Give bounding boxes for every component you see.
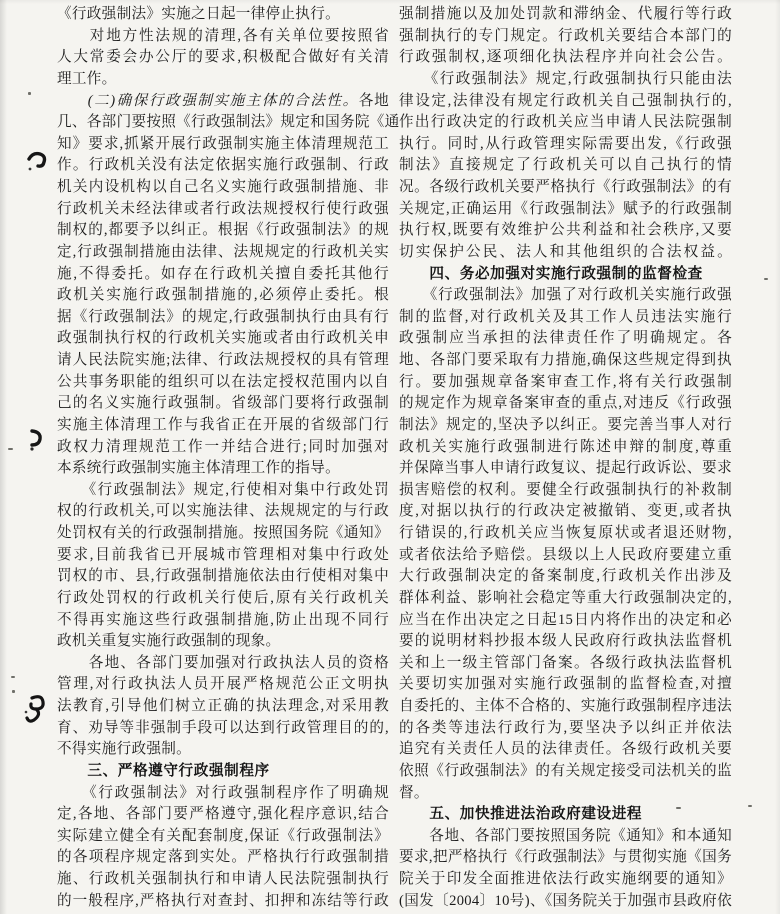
text-line: 《行政强制法》实施之日起一律停止执行。 [57, 4, 389, 26]
text-line: 理工作。 [57, 69, 389, 91]
kai-emphasis-text: (二)确保行政强制实施主体的合法性。 [88, 93, 359, 109]
text-line: 追究有关责任人员的法律责任。各级行政机关要 [399, 739, 732, 761]
text-line: 据《行政强制法》的规定,行政强制执行由具有行 [57, 307, 389, 329]
text-line: 《行政强制法》规定,行政强制执行只能由法 [399, 69, 732, 91]
text-line: 作。行政机关没有法定依据实施行政强制、行政 [57, 155, 389, 177]
text-line: 实施主体清理工作与我省正在开展的省级部门行 [57, 415, 389, 437]
ink-mark-icon [22, 692, 50, 726]
scanned-document-page: 《行政强制法》实施之日起一律停止执行。 对地方性法规的清理,各有关单位要按照省人… [0, 0, 780, 914]
text-line: 切实保护公民、法人和其他组织的合法权益。 [399, 242, 732, 264]
text-line: 的各类等违法行政行为,要坚决予以纠正并依法 [399, 718, 732, 740]
text-line: 制权的,都要予以纠正。根据《行政强制法》的规 [57, 220, 389, 242]
ink-mark-icon [26, 428, 48, 454]
text-line: 管理,对行政执法人员开展严格规范公正文明执 [57, 674, 389, 696]
text-line: 应当在作出决定之日起15日内将作出的决定和必 [399, 610, 732, 632]
text-line: 执行权,既要有效维护公共利益和社会秩序,又要 [399, 220, 732, 242]
text-line: 度,对据以执行的行政决定被撤销、变更,或者执 [399, 501, 732, 523]
text-line: 《行政强制法》对行政强制程序作了明确规 [57, 783, 389, 805]
scan-speck [28, 92, 31, 95]
text-line: 施、行政机关强制执行和申请人民法院强制执行 [57, 869, 389, 891]
text-line: 院关于印发全面推进依法行政实施纲要的通知》 [399, 869, 732, 891]
text-line: 定,各地、各部门要严格遵守,强化程序意识,结合 [57, 804, 389, 826]
text-line: 制法》直接规定了行政机关可以自己执行的情 [399, 155, 732, 177]
text-line: 行。要加强规章备案审查工作,将有关行政强制 [399, 372, 732, 394]
text-line: 行错误的,行政机关应当恢复原状或者退还财物, [399, 523, 732, 545]
text-line: (国发〔2004〕10号)、《国务院关于加强市县政府依 [399, 891, 732, 913]
text-line: 实际建立健全有关配套制度,保证《行政强制法》 [57, 826, 389, 848]
text-line: 政强制应当承担的法律责任作了明确规定。各 [399, 328, 732, 350]
text-line: 况。各级行政机关要严格执行《行政强制法》的有 [399, 177, 732, 199]
text-line: 要求,目前我省已开展城市管理相对集中行政处 [57, 545, 389, 567]
text-line: 的一般程序,严格执行对查封、扣押和冻结等行政 [57, 891, 389, 913]
text-line: 人大常委会办公厅的要求,积极配合做好有关清 [57, 47, 389, 69]
text-line: 不得再实施这些行政强制措施,防止出现不同行 [57, 610, 389, 632]
text-line: 作出行政决定的行政机关应当申请人民法院强制 [399, 112, 732, 134]
scan-speck [764, 278, 768, 280]
text-line: 地、各部门要采取有力措施,确保这些规定得到执 [399, 350, 732, 372]
text-line: 损害赔偿的权利。要健全行政强制执行的补救制 [399, 480, 732, 502]
scan-speck [8, 448, 13, 450]
text-line: 罚权的市、县,行政强制措施依法由行使相对集中 [57, 566, 389, 588]
section-heading: 三、严格遵守行政强制程序 [57, 761, 389, 783]
section-heading: 五、加快推进法治政府建设进程 [399, 804, 732, 826]
text-line: 制的监督,对行政机关及其工作人员违法实施行 [399, 307, 732, 329]
text-line: 公共事务职能的组织可以在法定授权范围内以自 [57, 372, 389, 394]
text-line: 不得实施行政强制。 [57, 739, 389, 761]
text-line: 本系统行政强制实施主体清理工作的指导。 [57, 458, 389, 480]
text-line: 关和上一级主管部门备案。各级行政执法监督机 [399, 653, 732, 675]
text-line: 《行政强制法》加强了对行政机关实施行政强 [399, 285, 732, 307]
text-line: 施,不得委托。如存在行政机关擅自委托其他行 [57, 264, 389, 286]
text-line: 大行政强制决定的备案制度,行政机关作出涉及 [399, 566, 732, 588]
text-line: 行政强制权,逐项细化执法程序并向社会公告。 [399, 47, 732, 69]
text-line: 律设定,法律没有规定行政机关自己强制执行的, [399, 91, 732, 113]
text-line: 或者依法给予赔偿。县级以上人民政府要建立重 [399, 545, 732, 567]
text-line: 关规定,正确运用《行政强制法》赋予的行政强制 [399, 199, 732, 221]
section-heading: 四、务必加强对实施行政强制的监督检查 [399, 264, 732, 286]
text-line: 政强制执行权的行政机关实施或者由行政机关申 [57, 328, 389, 350]
text-line: 督。 [399, 783, 732, 805]
right-text-column: 强制措施以及加处罚款和滞纳金、代履行等行政强制执行的专门规定。行政机关要结合本部… [399, 4, 732, 912]
text-line: 制法》规定的,坚决予以纠正。要完善当事人对行 [399, 415, 732, 437]
text-line: 法教育,引导他们树立正确的执法理念,对采用教 [57, 696, 389, 718]
text-line: 知》要求,抓紧开展行政强制实施主体清理规范工 [57, 134, 389, 156]
scan-speck [11, 676, 15, 678]
text-line: 行政机关未经法律或者行政法规授权行使行政强 [57, 199, 389, 221]
text-line: 政权力清理规范工作一并结合进行;同时加强对 [57, 437, 389, 459]
text-line: 权的行政机关,可以实施法律、法规规定的与行政 [57, 501, 389, 523]
text-line: 执行。同时,从行政管理实际需要出发,《行政强 [399, 134, 732, 156]
text-line: 政机关实施行政强制措施的,必须停止委托。根 [57, 285, 389, 307]
text-line: 对地方性法规的清理,各有关单位要按照省 [57, 26, 389, 48]
text-line: 各地、各部门要加强对行政执法人员的资格 [57, 653, 389, 675]
left-text-column: 《行政强制法》实施之日起一律停止执行。 对地方性法规的清理,各有关单位要按照省人… [57, 4, 389, 912]
text-line: 政机关重复实施行政强制的现象。 [57, 631, 389, 653]
text-line: 强制措施以及加处罚款和滞纳金、代履行等行政 [399, 4, 732, 26]
text-line: 定,行政强制措施由法律、法规规定的行政机关实 [57, 242, 389, 264]
text-line: 的规定作为规章备案审查的重点,对违反《行政强 [399, 393, 732, 415]
text-line: (二)确保行政强制实施主体的合法性。各地 [57, 91, 389, 113]
text-line: 《行政强制法》规定,行使相对集中行政处罚 [57, 480, 389, 502]
text-line: 自委托的、主体不合格的、实施行政强制程序违法 [399, 696, 732, 718]
text-line: 行政处罚权的行政机关行使后,原有关行政机关 [57, 588, 389, 610]
text-line: 几、各部门要按照《行政强制法》规定和国务院《通 [57, 112, 389, 134]
text-line: 要求,把严格执行《行政强制法》与贯彻实施《国务 [399, 847, 732, 869]
text-line: 育、劝导等非强制手段可以达到行政管理目的的, [57, 718, 389, 740]
text-segment [57, 93, 88, 109]
text-line: 关要切实加强对实施行政强制的监督检查,对擅 [399, 674, 732, 696]
ink-mark-icon [26, 150, 50, 180]
text-line: 依照《行政强制法》的有关规定接受司法机关的监 [399, 761, 732, 783]
text-line: 要的说明材料抄报本级人民政府行政执法监督机 [399, 631, 732, 653]
text-line: 各地、各部门要按照国务院《通知》和本通知 [399, 826, 732, 848]
text-line: 请人民法院实施;法律、行政法规授权的具有管理 [57, 350, 389, 372]
text-line: 政机关实施行政强制进行陈述申辩的制度,尊重 [399, 437, 732, 459]
text-line: 强制执行的专门规定。行政机关要结合本部门的 [399, 26, 732, 48]
scan-speck [748, 805, 752, 807]
text-segment: 各地 [359, 93, 389, 109]
text-line: 并保障当事人申请行政复议、提起行政诉讼、要求 [399, 458, 732, 480]
text-line: 己的名义实施行政强制。省级部门要将行政强制 [57, 393, 389, 415]
scan-speck [12, 690, 15, 693]
text-line: 的各项程序规定落到实处。严格执行行政强制措 [57, 847, 389, 869]
text-line: 机关内设机构以自己名义实施行政强制措施、非 [57, 177, 389, 199]
text-line: 处罚权有关的行政强制措施。按照国务院《通知》 [57, 523, 389, 545]
text-line: 群体利益、影响社会稳定等重大行政强制决定的, [399, 588, 732, 610]
